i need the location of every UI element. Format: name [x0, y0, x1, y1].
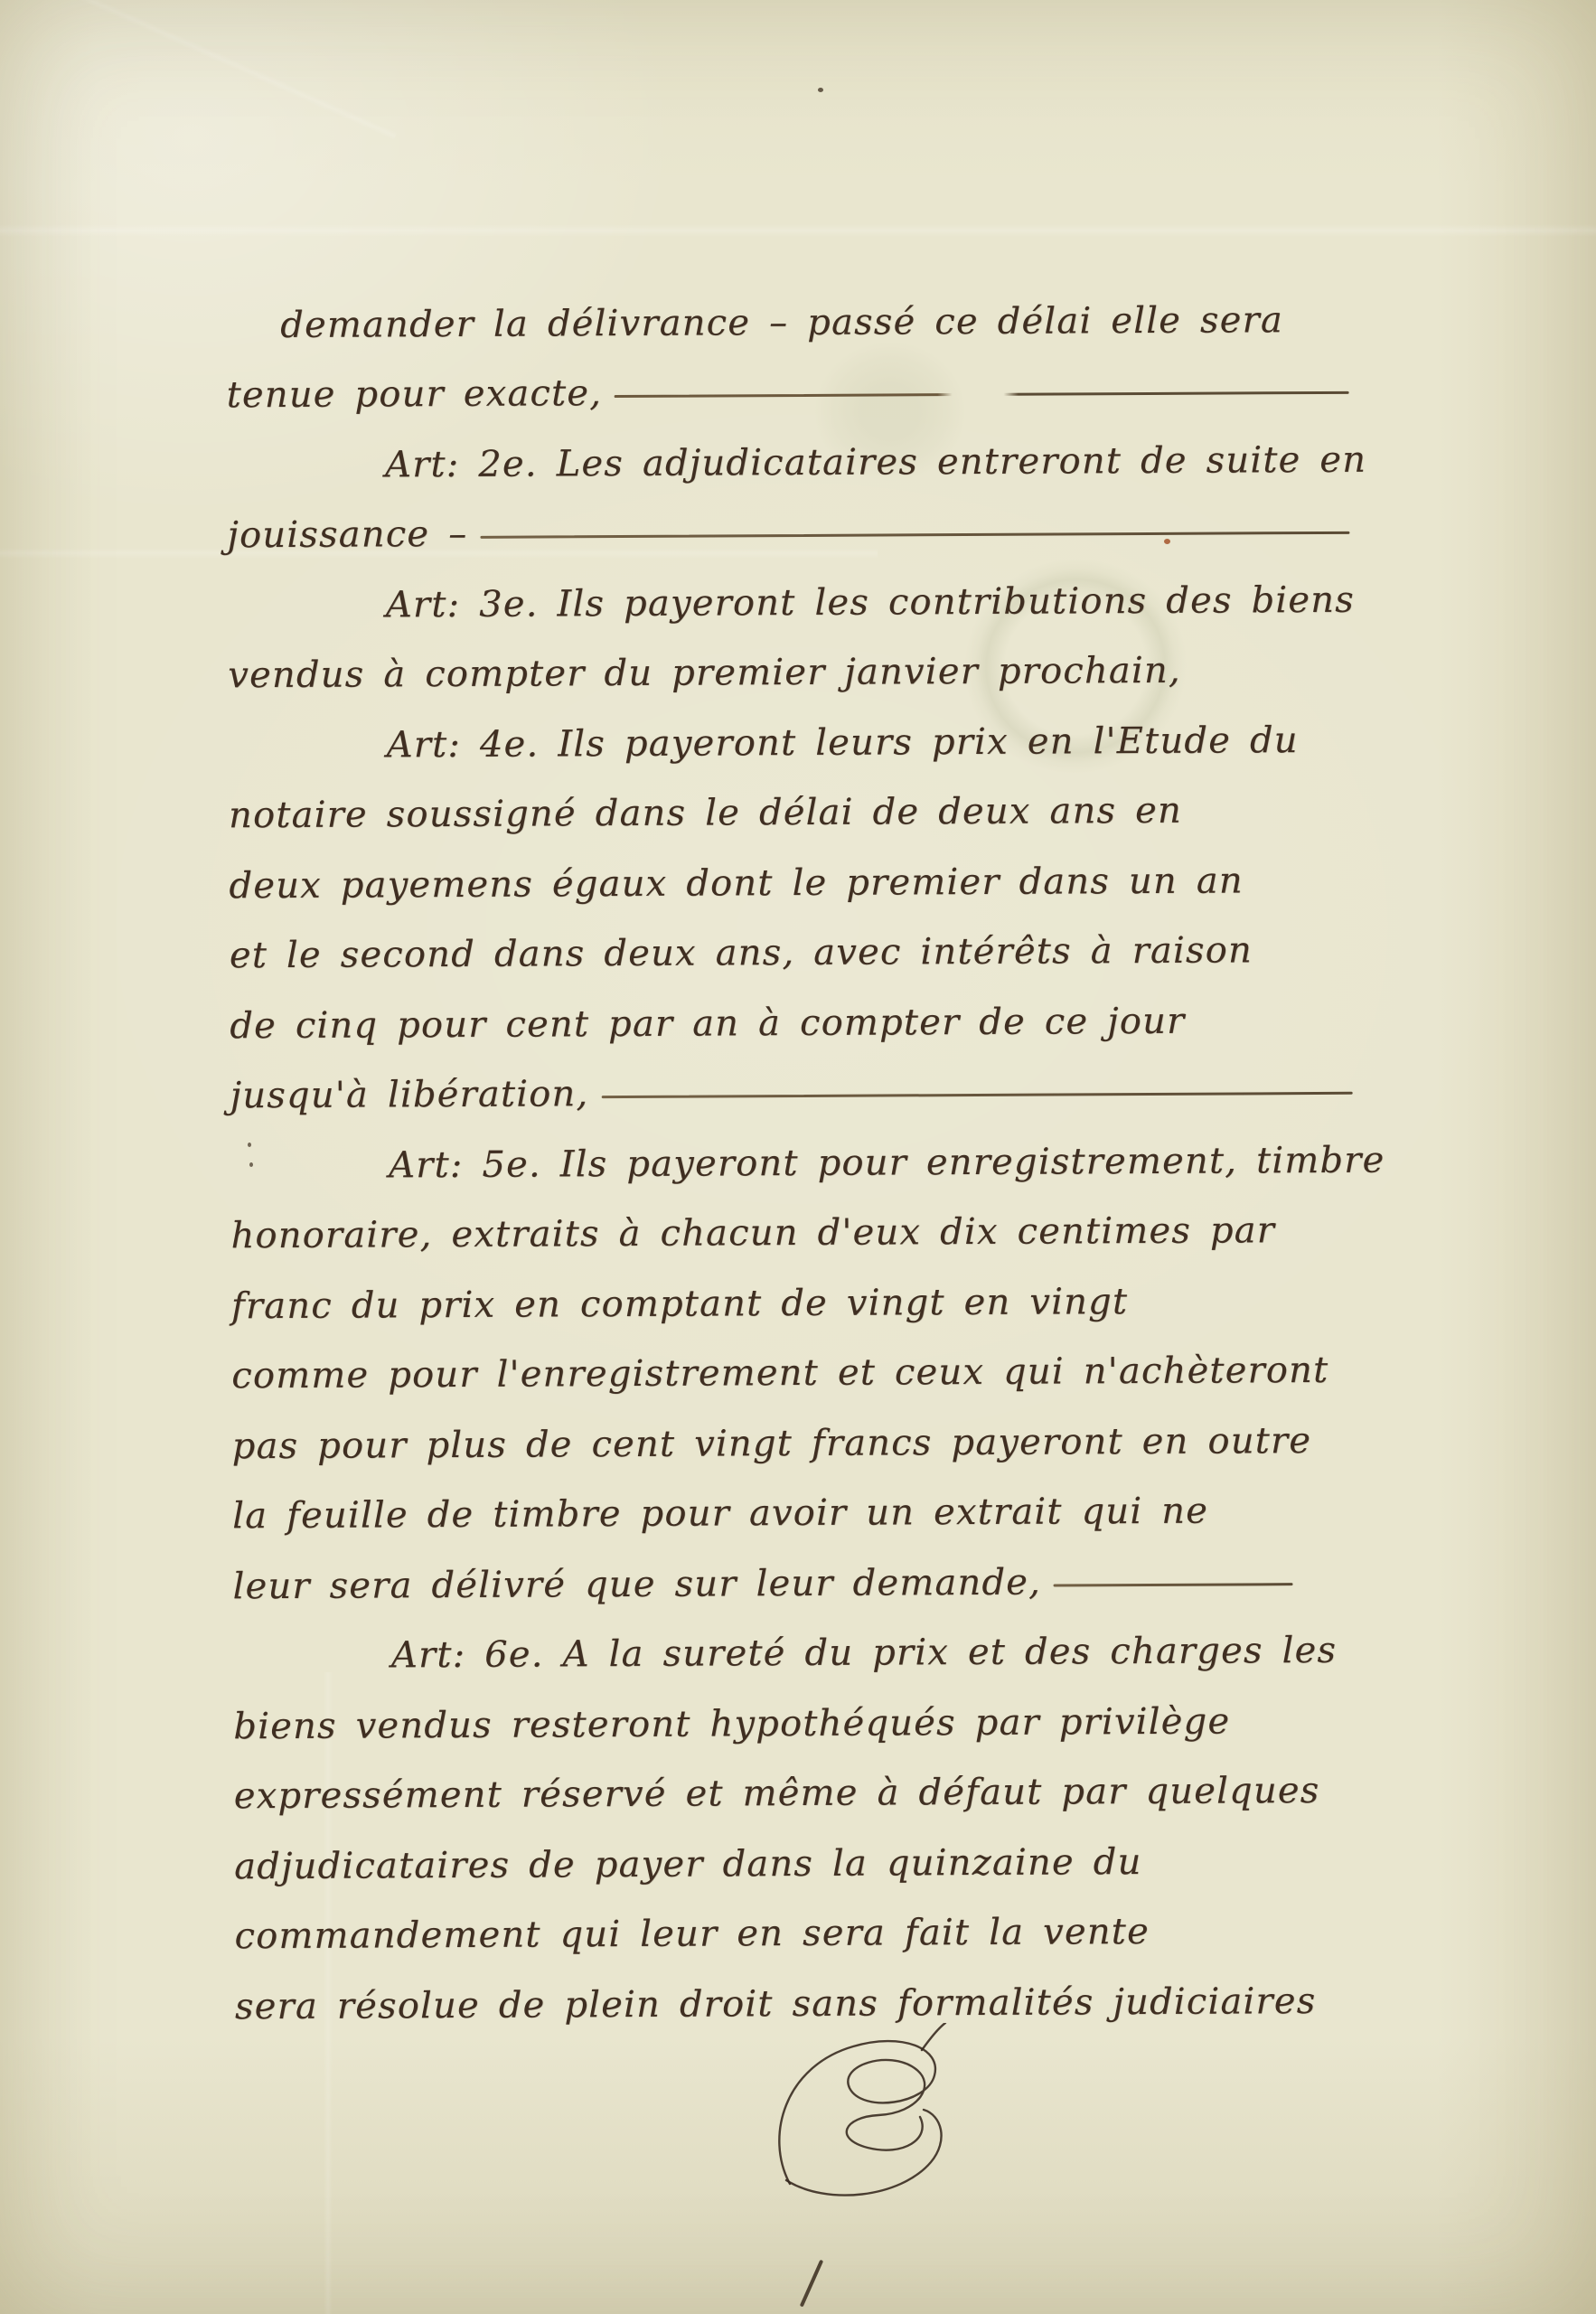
manuscript-line-text: de cinq pour cent par an à compter de ce… — [230, 1002, 1185, 1045]
manuscript-line: jusqu'à libération, — [230, 1039, 1359, 1115]
manuscript-line-text: jouissance – — [227, 515, 467, 554]
manuscript-line: vendus à compter du premier janvier proc… — [228, 618, 1357, 694]
notary-paraph-flourish — [748, 2023, 1010, 2213]
manuscript-line-text: notaire soussigné dans le délai de deux … — [229, 792, 1182, 835]
manuscript-line-text: comme pour l'enregistrement et ceux qui … — [231, 1351, 1328, 1395]
manuscript-lines: demander la délivrance – passé ce délai … — [226, 268, 1374, 2026]
manuscript-line: franc du prix en comptant de vingt en vi… — [231, 1249, 1361, 1325]
inked-rule — [601, 1092, 1352, 1098]
manuscript-line-text: Art: 3e. Ils payeront les contributions … — [386, 580, 1355, 624]
manuscript-line: tenue pour exacte, — [226, 338, 1356, 414]
inked-rule — [1054, 1583, 1293, 1586]
manuscript-line-text: et le second dans deux ans, avec intérêt… — [230, 931, 1253, 974]
manuscript-line: Art: 6e. A la sureté du prix et des char… — [233, 1599, 1363, 1675]
manuscript-line: demander la délivrance – passé ce délai … — [226, 268, 1356, 344]
manuscript-line-text: la feuille de timbre pour avoir un extra… — [232, 1492, 1208, 1536]
manuscript-line-text: deux payemens égaux dont le premier dans… — [229, 861, 1244, 905]
manuscript-line-text: pas pour plus de cent vingt francs payer… — [232, 1422, 1312, 1465]
manuscript-line-text: leur sera délivré que sur leur demande, — [232, 1563, 1041, 1605]
paper-crease — [0, 0, 398, 140]
manuscript-line-text: honoraire, extraits à chacun d'eux dix c… — [230, 1211, 1275, 1255]
manuscript-page: demander la délivrance – passé ce délai … — [0, 0, 1596, 2314]
ink-speck — [818, 88, 823, 92]
manuscript-line: Art: 2e. Les adjudicataires entreront de… — [227, 409, 1357, 484]
manuscript-line-text: vendus à compter du premier janvier proc… — [228, 652, 1181, 695]
manuscript-line-text: sera résolue de plein droit sans formali… — [235, 1982, 1317, 2026]
manuscript-line-text: demander la délivrance – passé ce délai … — [280, 301, 1283, 344]
manuscript-line-text: expressément réservé et même à défaut pa… — [234, 1772, 1320, 1815]
manuscript-line-text: Art: 4e. Ils payeront leurs prix en l'Et… — [387, 721, 1299, 764]
manuscript-line: notaire soussigné dans le délai de deux … — [229, 758, 1358, 834]
manuscript-line: jouissance – — [227, 478, 1357, 554]
manuscript-line-text: jusqu'à libération, — [230, 1075, 589, 1115]
manuscript-line: comme pour l'enregistrement et ceux qui … — [231, 1319, 1361, 1395]
manuscript-line: de cinq pour cent par an à compter de ce… — [230, 969, 1359, 1045]
stray-pen-stroke — [800, 2260, 823, 2308]
manuscript-line: honoraire, extraits à chacun d'eux dix c… — [230, 1179, 1360, 1255]
manuscript-line-text: tenue pour exacte, — [227, 374, 603, 414]
manuscript-line-text: Art: 6e. A la sureté du prix et des char… — [391, 1632, 1337, 1674]
manuscript-line: leur sera délivré que sur leur demande, — [232, 1529, 1362, 1605]
manuscript-line: deux payemens égaux dont le premier dans… — [229, 829, 1358, 905]
manuscript-line: sera résolue de plein droit sans formali… — [235, 1950, 1365, 2026]
manuscript-line: expressément réservé et même à défaut pa… — [233, 1739, 1363, 1815]
manuscript-line: commandement qui leur en sera fait la ve… — [234, 1879, 1364, 1955]
inked-rule — [480, 531, 1349, 539]
manuscript-line: et le second dans deux ans, avec intérêt… — [230, 898, 1359, 974]
manuscript-line: pas pour plus de cent vingt francs payer… — [231, 1389, 1361, 1465]
manuscript-line-text: biens vendus resteront hypothéqués par p… — [233, 1702, 1230, 1745]
manuscript-line: adjudicataires de payer dans la quinzain… — [234, 1810, 1364, 1886]
inked-rule — [615, 391, 1349, 398]
manuscript-line: la feuille de timbre pour avoir un extra… — [232, 1459, 1362, 1535]
manuscript-line-text: Art: 5e. Ils payeront pour enregistremen… — [389, 1141, 1385, 1184]
manuscript-line: Art: 4e. Ils payeront leurs prix en l'Et… — [228, 689, 1357, 765]
manuscript-line-text: commandement qui leur en sera fait la ve… — [234, 1913, 1150, 1955]
manuscript-line: Art: 3e. Ils payeront les contributions … — [228, 549, 1357, 625]
manuscript-line-text: Art: 2e. Les adjudicataires entreront de… — [385, 440, 1366, 484]
paper-crease — [0, 224, 1596, 237]
manuscript-line: Art: 5e. Ils payeront pour enregistremen… — [230, 1109, 1360, 1185]
manuscript-line-text: adjudicataires de payer dans la quinzain… — [234, 1843, 1142, 1886]
manuscript-line: biens vendus resteront hypothéqués par p… — [233, 1670, 1363, 1745]
manuscript-line-text: franc du prix en comptant de vingt en vi… — [231, 1283, 1129, 1325]
